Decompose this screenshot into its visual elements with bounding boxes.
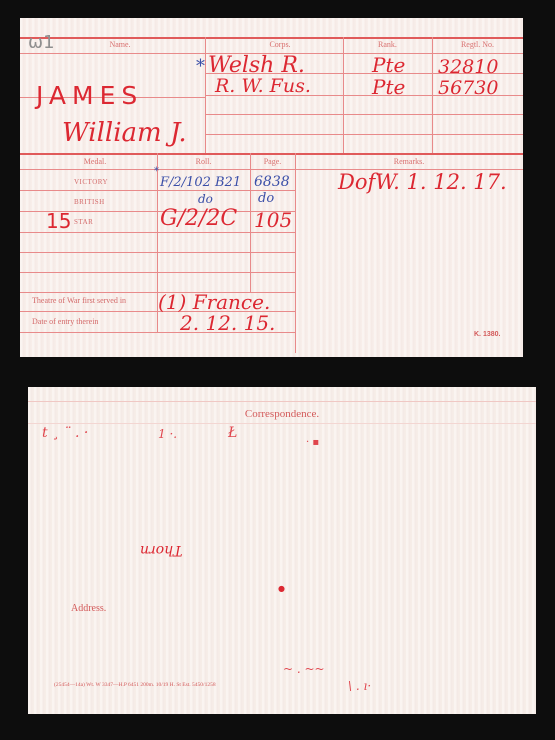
page-star: 105 — [254, 208, 292, 232]
header-medal: Medal. — [50, 157, 140, 166]
medal-label-star: Star — [74, 218, 93, 226]
bleed-mark: t ¸ ¨ . · — [42, 425, 88, 441]
rule-faint — [28, 401, 536, 402]
form-number: K. 1380. — [474, 331, 500, 338]
bleed-mark: · ▪ — [306, 437, 319, 448]
bleed-dot: ● — [278, 584, 285, 593]
roll-asterisk: * — [154, 166, 159, 177]
roll-british: do — [198, 192, 213, 206]
header-remarks: Remarks. — [295, 157, 523, 166]
print-line: (25454—14a) Wt. W 3347—H.P 6451 200m. 10… — [54, 682, 216, 688]
roll-star: G/2/2C — [160, 206, 237, 231]
pencil-mark: ω1 — [28, 32, 55, 53]
surname: JAMES — [36, 81, 143, 110]
col-divider — [295, 153, 296, 353]
rule-faint — [28, 423, 536, 424]
col-divider — [250, 153, 251, 293]
address-label: Address. — [71, 603, 106, 614]
medal-prefix-15: 15 — [46, 209, 71, 233]
header-regtl-no: Regtl. No. — [432, 40, 523, 49]
theatre-label: Theatre of War first served in — [32, 296, 126, 305]
roll-victory: F/2/102 B21 — [160, 175, 241, 190]
bleed-mark: 1 ·. — [158, 427, 177, 441]
date-entry-value: 2. 12. 15. — [180, 311, 275, 335]
col-divider — [205, 37, 206, 153]
bleed-mark: Ł — [228, 425, 237, 441]
rank-1: Pte — [372, 53, 405, 77]
col-divider — [343, 37, 344, 153]
rule — [205, 114, 523, 115]
medal-label-british: British — [74, 198, 105, 206]
header-roll: Roll. — [157, 157, 250, 166]
col-divider — [432, 37, 433, 153]
regtl-no-2: 56730 — [438, 77, 498, 99]
bleed-mark-thorn: Thorn — [140, 542, 183, 558]
rule — [205, 134, 523, 135]
header-corps: Corps. — [235, 40, 325, 49]
page-victory: 6838 — [254, 174, 290, 190]
rule-section — [20, 153, 523, 155]
corps-asterisk: * — [196, 56, 205, 77]
date-entry-label: Date of entry therein — [32, 317, 98, 326]
header-name: Name. — [60, 40, 180, 49]
medal-label-victory: Victory — [74, 178, 108, 186]
header-rank: Rank. — [343, 40, 432, 49]
regtl-no-1: 32810 — [438, 56, 498, 78]
forenames: William J. — [62, 118, 187, 148]
bleed-mark: ~ . ~~ — [283, 662, 325, 676]
medal-index-card-front: ω1 Name. Corps. Rank. Regtl. No. JAMES W… — [20, 18, 523, 357]
page-british: do — [258, 191, 274, 206]
header-page: Page. — [250, 157, 295, 166]
medal-index-card-back: Correspondence. t ¸ ¨ . · 1 ·. Ł · ▪ Tho… — [28, 387, 536, 714]
rank-2: Pte — [372, 75, 405, 99]
corps-2: R. W. Fus. — [215, 75, 311, 97]
bleed-mark: \ . ı· — [348, 679, 371, 693]
remarks-value: DofW. 1. 12. 17. — [338, 170, 507, 194]
rule-top — [20, 37, 523, 39]
correspondence-title: Correspondence. — [28, 408, 536, 420]
